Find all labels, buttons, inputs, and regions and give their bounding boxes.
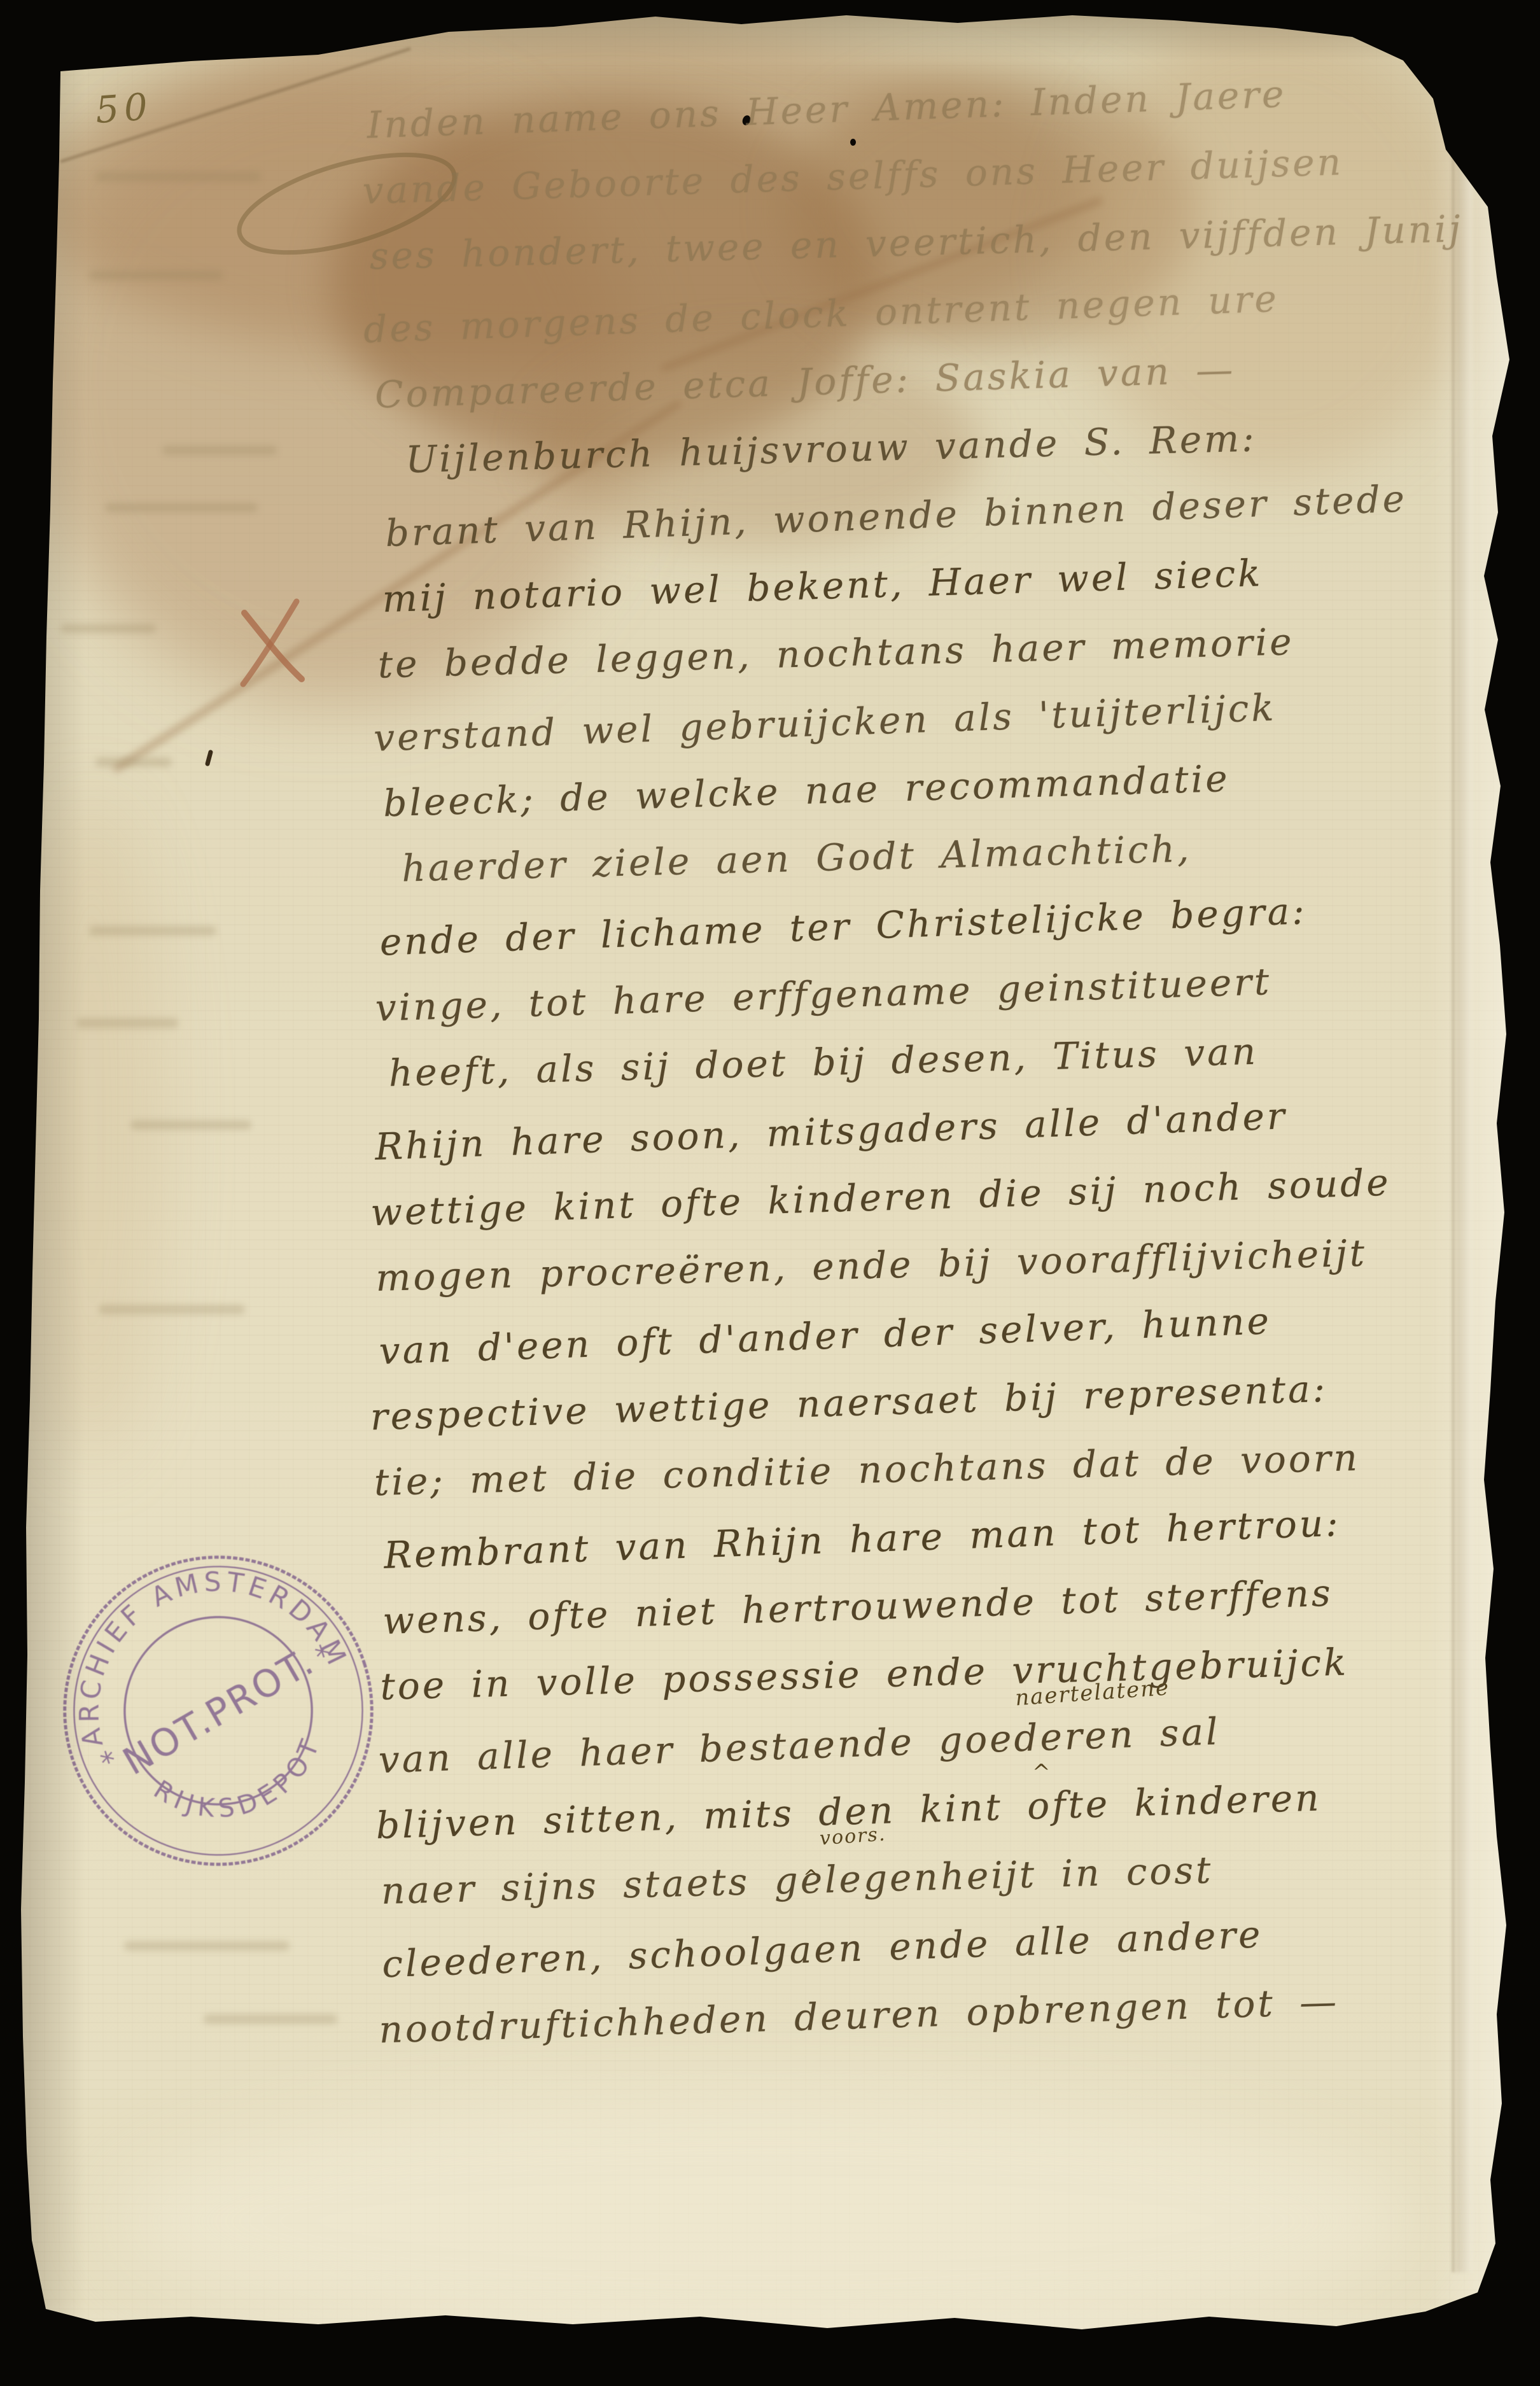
ink-bleedthrough bbox=[76, 1018, 178, 1028]
ink-bleedthrough bbox=[95, 757, 172, 767]
page-edge-shadow bbox=[0, 0, 86, 2386]
ink-bleedthrough bbox=[124, 1941, 290, 1951]
ink-bleedthrough bbox=[95, 172, 261, 181]
ink-bleedthrough bbox=[130, 1120, 251, 1130]
ink-bleedthrough bbox=[204, 2014, 337, 2024]
ink-bleedthrough bbox=[60, 624, 156, 633]
insertion-caret: ^ bbox=[1032, 1760, 1051, 1785]
manuscript-page: 50 Inden name ons Heer Amen: Inden Jaere… bbox=[0, 0, 1540, 2386]
paper-nick bbox=[205, 750, 213, 767]
page-number: 50 bbox=[94, 85, 154, 132]
ink-bleedthrough bbox=[105, 503, 258, 512]
interlinear-insertion: voors. bbox=[819, 1823, 887, 1849]
photo-background: 50 Inden name ons Heer Amen: Inden Jaere… bbox=[0, 0, 1540, 2386]
margin-x-mark bbox=[235, 595, 312, 691]
ink-bleedthrough bbox=[162, 446, 277, 455]
ink-bleedthrough bbox=[99, 1305, 245, 1314]
torn-edge-shadow bbox=[0, 0, 1540, 60]
manuscript-text: Inden name ons Heer Amen: Inden Jaerevan… bbox=[360, 55, 1540, 2063]
ink-bleedthrough bbox=[89, 926, 216, 936]
insertion-caret: ^ bbox=[803, 1866, 819, 1888]
ink-bleedthrough bbox=[89, 270, 223, 280]
deckle-edge-highlight bbox=[0, 2268, 1540, 2386]
